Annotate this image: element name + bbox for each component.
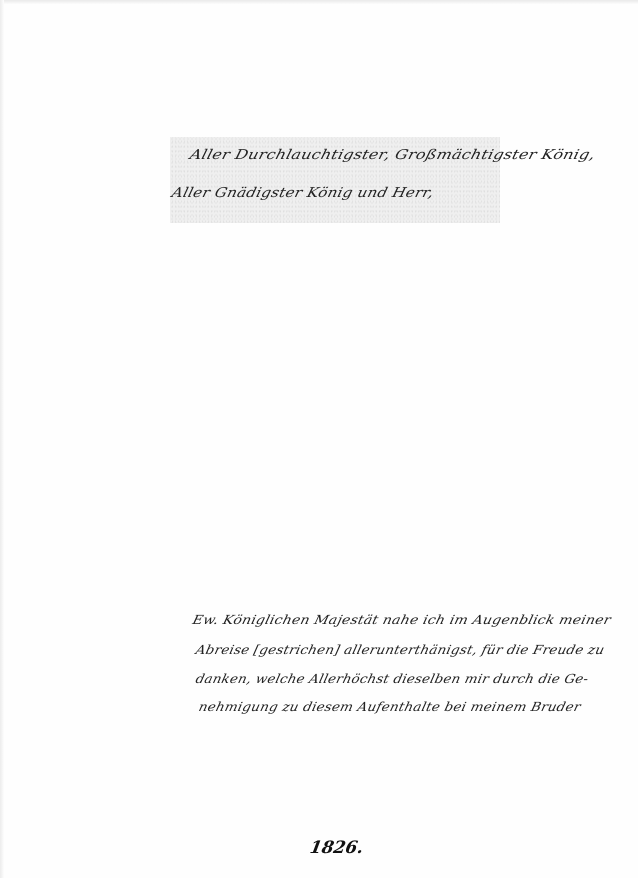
salutation-line-2: Aller Gnädigster König und Herr,: [170, 185, 435, 201]
archive-year: 1826.: [308, 838, 365, 858]
body-line-3: danken, welche Allerhöchst dieselben mir…: [194, 671, 590, 686]
scanned-page: Aller Durchlauchtigster, Großmächtigster…: [0, 0, 638, 878]
scan-edge-left: [0, 0, 4, 878]
scan-edge-top: [0, 0, 638, 4]
salutation-line-1: Aller Durchlauchtigster, Großmächtigster…: [188, 147, 597, 163]
body-line-2-text: Abreise [gestrichen] allerunterthänigst,…: [194, 642, 606, 657]
body-line-2: Abreise [gestrichen] allerunterthänigst,…: [194, 642, 606, 657]
body-line-4: nehmigung zu diesem Aufenthalte bei mein…: [197, 699, 582, 714]
body-line-1: Ew. Königlichen Majestät nahe ich im Aug…: [191, 612, 612, 627]
